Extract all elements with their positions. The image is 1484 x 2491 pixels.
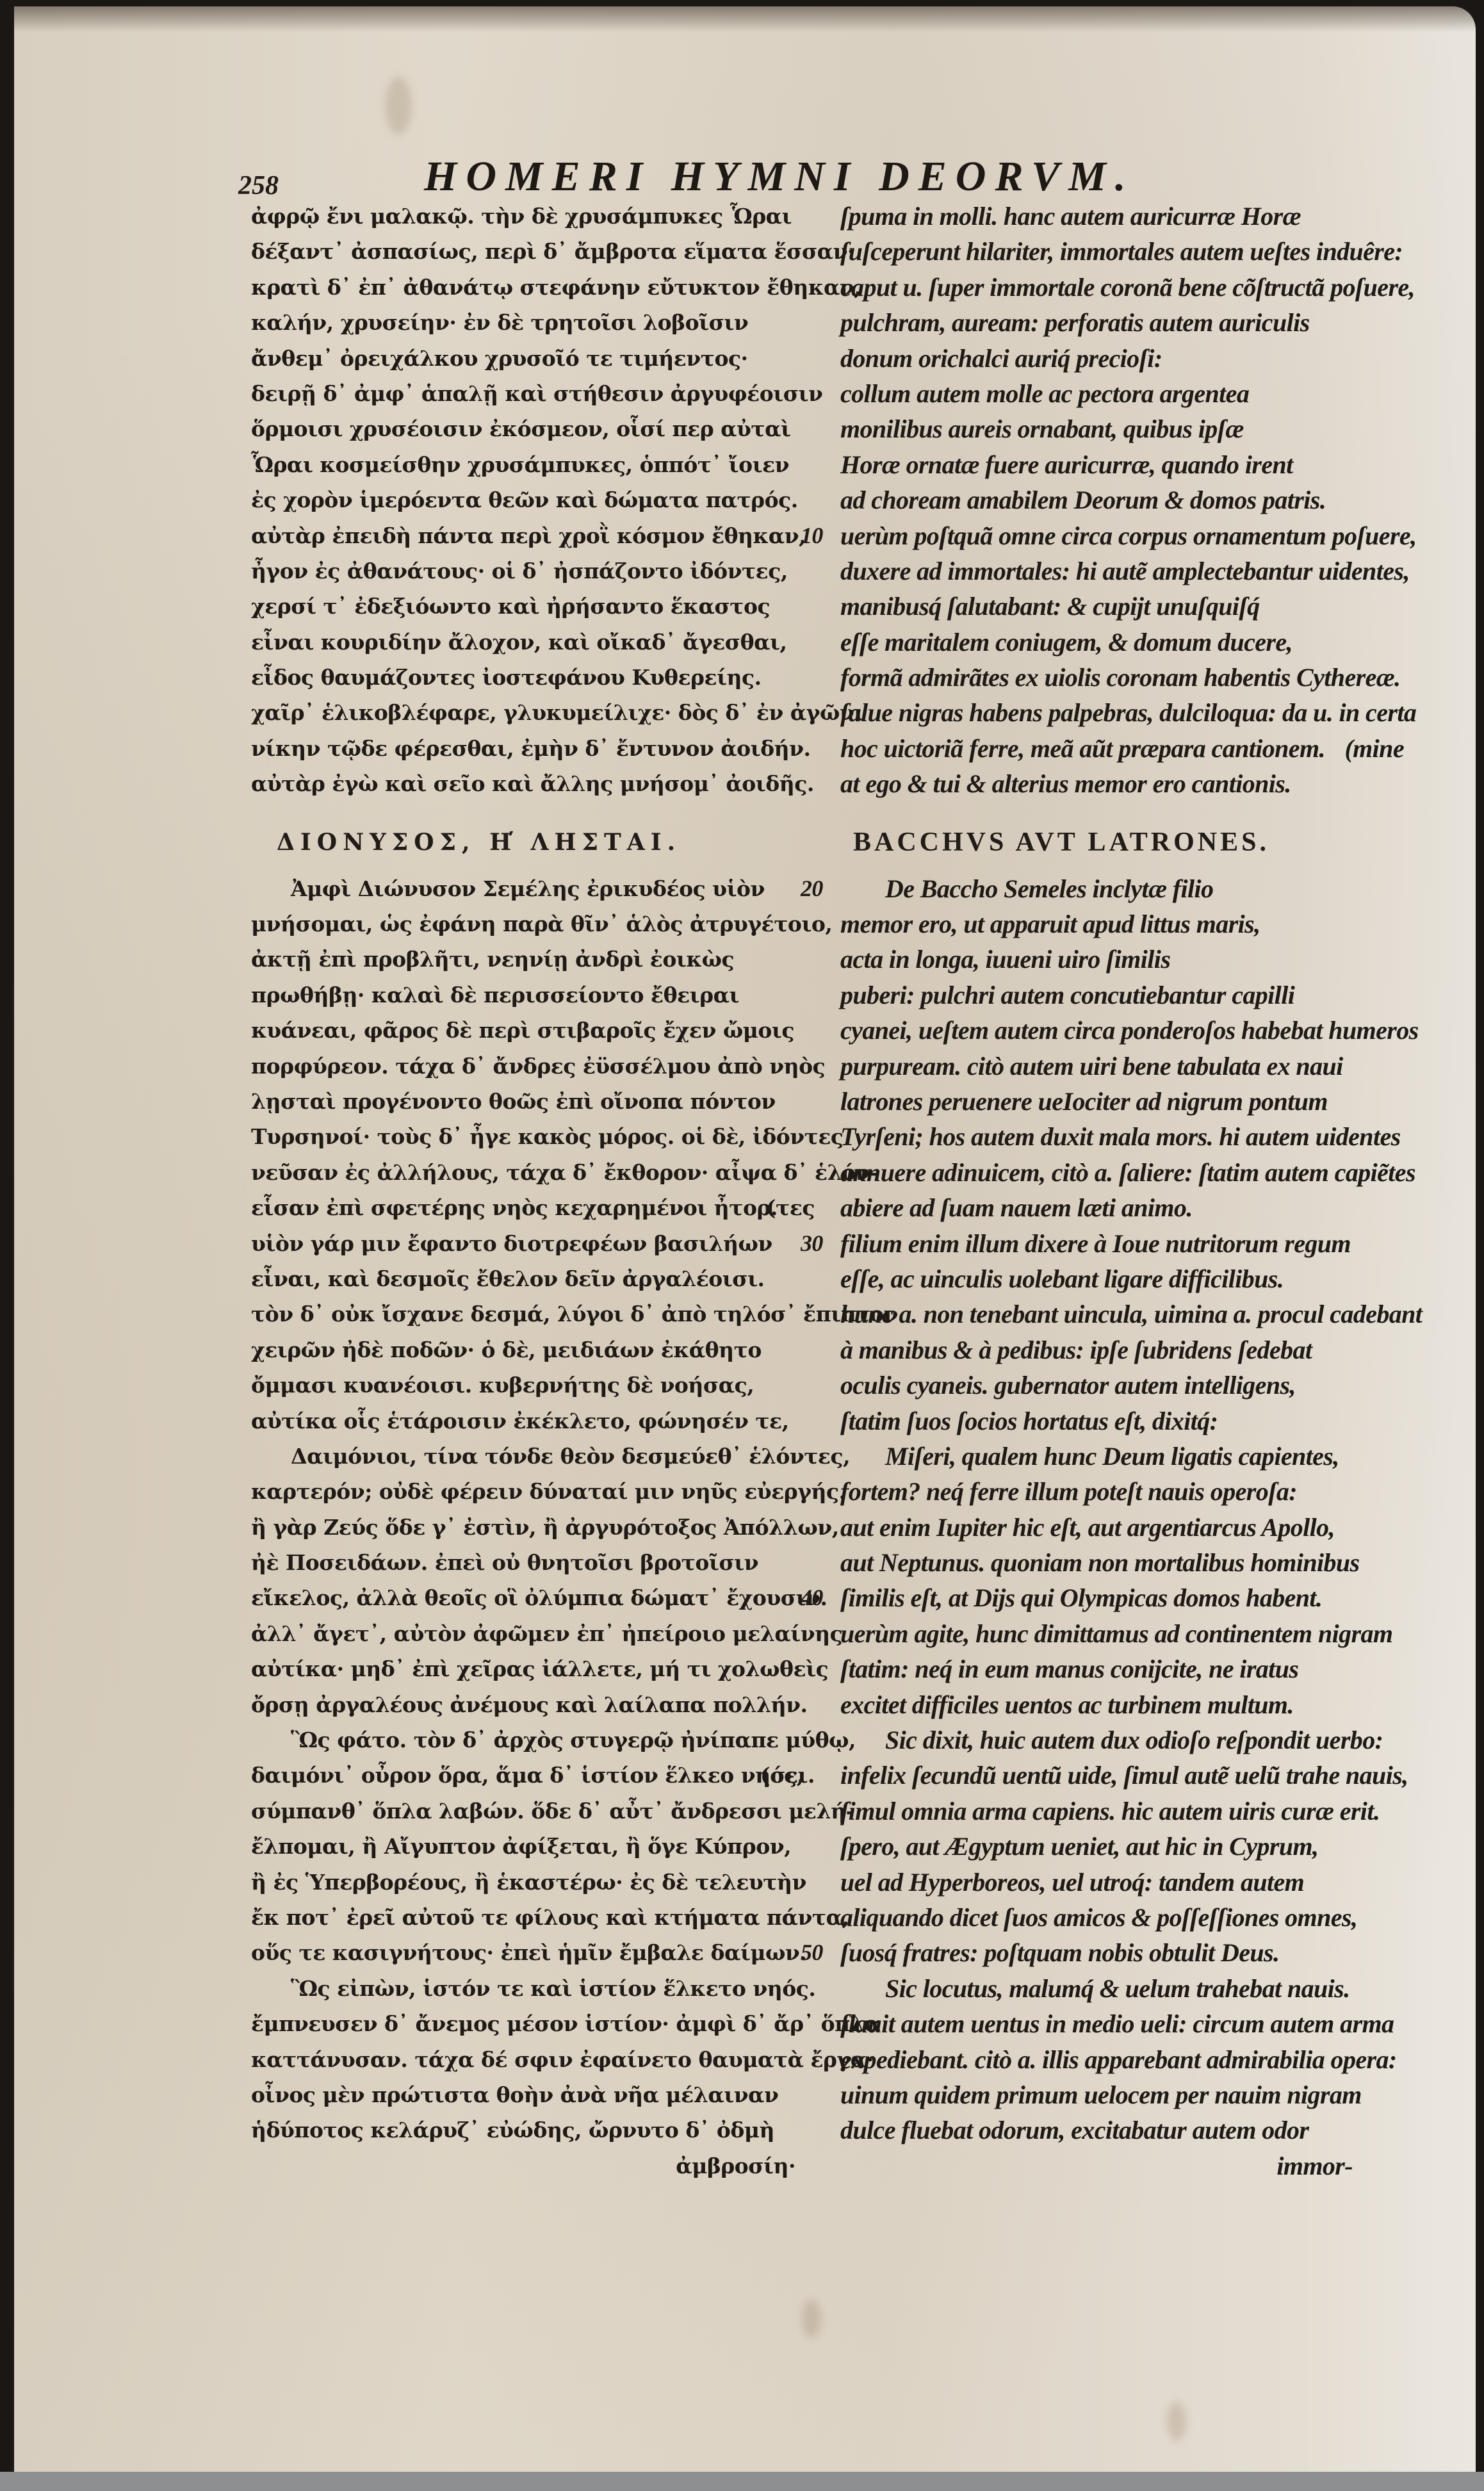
turnover-text: (τες xyxy=(766,1190,815,1225)
line-text: Tyrſeni; hos autem duxit mala mors. hi a… xyxy=(840,1122,1401,1151)
text-line: Τυρσηνοί· τοὺς δ᾽ ἦγε κακὸς μόρος. οἱ δὲ… xyxy=(251,1119,815,1154)
text-line: ἡδύποτος κελάρυζ᾽ εὐώδης, ὤρνυτο δ᾽ ὀδμὴ xyxy=(251,2112,815,2148)
line-text: excitet difficiles uentos ac turbinem mu… xyxy=(840,1690,1294,1719)
text-line: Ἀμφὶ Διώνυσον Σεμέλης ἐρικυδέος υἱὸν xyxy=(251,871,815,906)
line-text: ἢ ἐς Ὑπερβορέους, ἢ ἑκαστέρω· ἐς δὲ τελε… xyxy=(251,1870,806,1895)
line-text: aut enim Iupiter hic eſt, aut argentiarc… xyxy=(840,1513,1335,1542)
text-line: υἱὸν γάρ μιν ἔφαντο διοτρεφέων βασιλήων xyxy=(251,1226,815,1261)
line-text: καρτερόν; οὐδὲ φέρειν δύναταί μιν νηῦς ε… xyxy=(251,1479,846,1504)
text-line: ſpuma in molli. hanc autem auricurræ Hor… xyxy=(840,199,1404,234)
text-line: εἶδος θαυμάζοντες ἰοστεφάνου Κυθερείης. xyxy=(251,660,815,695)
line-text: Sic locutus, malumq́ & uelum trahebat na… xyxy=(885,1974,1350,2003)
line-text: μνήσομαι, ὡς ἐφάνη παρὰ θῖν᾽ ἁλὸς ἀτρυγέ… xyxy=(251,911,832,936)
greek-text-block-dionysus: Ἀμφὶ Διώνυσον Σεμέλης ἐρικυδέος υἱὸνμνήσ… xyxy=(251,871,815,2148)
text-line: νίκην τῷδε φέρεσθαι, ἐμὴν δ᾽ ἔντυνον ἀοι… xyxy=(251,731,815,766)
line-number: 10 xyxy=(801,518,823,553)
line-text: αὐτίκα οἷς ἑτάροισιν ἐκέκλετο, φώνησέν τ… xyxy=(251,1409,789,1433)
text-line: λῃσταὶ προγένοντο θοῶς ἐπὶ οἴνοπα πόντον xyxy=(251,1084,815,1119)
text-line: αὐτίκα· μηδ᾽ ἐπὶ χεῖρας ἰάλλετε, μή τι χ… xyxy=(251,1651,815,1687)
line-text: εἶναι κουριδίην ἄλοχον, καὶ οἴκαδ᾽ ἄγεσθ… xyxy=(251,630,787,655)
text-line: Miſeri, qualem hunc Deum ligatis capient… xyxy=(840,1439,1404,1474)
text-line: donum orichalci auriq́ precioſi: xyxy=(840,341,1404,376)
line-text: aliquando dicet ſuos amicos & poſſeſſion… xyxy=(840,1903,1357,1932)
text-line: ἔλπομαι, ἢ Αἴγυπτον ἀφίξεται, ἢ ὅγε Κύπρ… xyxy=(251,1829,815,1864)
text-line: πορφύρεον. τάχα δ᾽ ἄνδρες ἐϋσσέλμου ἀπὸ … xyxy=(251,1049,815,1084)
line-text: ſtatim: neq́ in eum manus conijcite, ne … xyxy=(840,1654,1298,1683)
text-line: hoc uictoriã ferre, meã aũt præpara cant… xyxy=(840,731,1404,766)
text-line: uel ad Hyperboreos, uel utroq́: tandem a… xyxy=(840,1865,1404,1900)
line-text: acta in longa, iuueni uiro ſimilis xyxy=(840,945,1170,974)
line-text: ſpuma in molli. hanc autem auricurræ Hor… xyxy=(840,202,1301,231)
line-text: Ὣς φάτο. τὸν δ᾽ ἀρχὸς στυγερῷ ἠνίπαπε μύ… xyxy=(291,1727,856,1752)
text-line: δειρῇ δ᾽ ἀμφ᾽ ἁπαλῇ καὶ στήθεσιν ἀργυφέο… xyxy=(251,376,815,411)
line-text: De Baccho Semeles inclytæ filio xyxy=(885,874,1213,903)
text-line: manibusq́ ſalutabant: & cupijt unuſquiſq… xyxy=(840,589,1404,624)
text-line: aut Neptunus. quoniam non mortalibus hom… xyxy=(840,1545,1404,1580)
text-line: expediebant. citò a. illis apparebant ad… xyxy=(840,2042,1404,2077)
text-line: 40ſimilis eſt, at Dijs qui Olympicas dom… xyxy=(840,1580,1404,1615)
text-line: annuere adinuicem, citò a. ſaliere: ſtat… xyxy=(840,1155,1404,1190)
line-text: πρωθήβῃ· καλαὶ δὲ περισσείοντο ἔθειραι xyxy=(251,983,739,1008)
text-line: flauit autem uentus in medio ueli: circu… xyxy=(840,2006,1404,2041)
line-text: latrones peruenere ueIociter ad nigrum p… xyxy=(840,1087,1328,1116)
text-line: χειρῶν ἠδὲ ποδῶν· ὁ δὲ, μειδιάων ἐκάθητο xyxy=(251,1332,815,1368)
text-line: οὕς τε κασιγνήτους· ἐπεὶ ἡμῖν ἔμβαλε δαί… xyxy=(251,1935,815,1970)
line-text: ἀφρῷ ἔνι μαλακῷ. τὴν δὲ χρυσάμπυκες Ὧραι xyxy=(251,204,792,229)
folio-number: 258 xyxy=(238,170,279,201)
line-text: κρατὶ δ᾽ ἐπ᾽ ἀθανάτῳ στεφάνην εὔτυκτον ἔ… xyxy=(251,275,861,300)
text-line: εἴκελος, ἀλλὰ θεοῖς οἳ ὀλύμπια δώματ᾽ ἔχ… xyxy=(251,1580,815,1615)
line-text: ὄμμασι κυανέοισι. κυβερνήτης δὲ νοήσας, xyxy=(251,1373,754,1398)
text-line: αὐτὰρ ἐπειδὴ πάντα περὶ χροῒ κόσμον ἔθηκ… xyxy=(251,518,815,553)
text-line: ἢ γὰρ Ζεύς ὅδε γ᾽ ἐστὶν, ἢ ἀργυρότοξος Ἀ… xyxy=(251,1510,815,1545)
line-text: νεῦσαν ἐς ἀλλήλους, τάχα δ᾽ ἔκθορον· αἶψ… xyxy=(251,1160,878,1185)
line-text: νίκην τῷδε φέρεσθαι, ἐμὴν δ᾽ ἔντυνον ἀοι… xyxy=(251,736,810,761)
text-line: καττάνυσαν. τάχα δέ σφιν ἐφαίνετο θαυματ… xyxy=(251,2042,815,2077)
text-line: Ὧραι κοσμείσθην χρυσάμπυκες, ὁππότ᾽ ἴοιε… xyxy=(251,447,815,482)
line-text: dulce fluebat odorum, excitabatur autem … xyxy=(840,2116,1309,2144)
text-line: εἶναι, καὶ δεσμοῖς ἔθελον δεῖν ἀργαλέοισ… xyxy=(251,1261,815,1296)
line-text: Miſeri, qualem hunc Deum ligatis capient… xyxy=(885,1442,1339,1471)
line-text: expediebant. citò a. illis apparebant ad… xyxy=(840,2045,1397,2074)
line-number: 50 xyxy=(801,1935,823,1970)
latin-catchword: immor- xyxy=(840,2148,1404,2184)
text-line: puberi: pulchri autem concutiebantur cap… xyxy=(840,977,1404,1013)
text-line: caput u. ſuper immortale coronã bene cõſ… xyxy=(840,270,1404,305)
text-line: 50ſuosq́ fratres: poſtquam nobis obtulit… xyxy=(840,1935,1404,1970)
line-text: εἶδος θαυμάζοντες ἰοστεφάνου Κυθερείης. xyxy=(251,665,762,690)
text-line: formã admirãtes ex uiolis coronam habent… xyxy=(840,660,1404,695)
text-line: uinum quidem primum uelocem per nauim ni… xyxy=(840,2077,1404,2112)
line-text: eſſe, ac uinculis uolebant ligare diffic… xyxy=(840,1264,1284,1293)
text-line: Tyrſeni; hos autem duxit mala mors. hi a… xyxy=(840,1119,1404,1154)
text-line: ἐς χορὸν ἱμερόεντα θεῶν καὶ δώματα πατρό… xyxy=(251,482,815,518)
text-line: purpuream. citò autem uiri bene tabulata… xyxy=(840,1049,1404,1084)
text-line: ἀλλ᾽ ἄγετ᾽, αὐτὸν ἀφῶμεν ἐπ᾽ ἠπείροιο με… xyxy=(251,1616,815,1651)
line-text: ἔμπνευσεν δ᾽ ἄνεμος μέσον ἱστίον· ἀμφὶ δ… xyxy=(251,2011,880,2036)
text-line: χερσί τ᾽ ἐδεξιόωντο καὶ ἠρήσαντο ἕκαστος xyxy=(251,589,815,624)
text-line: ἔμπνευσεν δ᾽ ἄνεμος μέσον ἱστίον· ἀμφὶ δ… xyxy=(251,2006,815,2041)
text-line: καλήν, χρυσείην· ἐν δὲ τρητοῖσι λοβοῖσιν xyxy=(251,305,815,340)
text-line: αὐτίκα οἷς ἑτάροισιν ἐκέκλετο, φώνησέν τ… xyxy=(251,1403,815,1439)
text-line: infelix ſecundũ uentũ uide, ſimul autẽ u… xyxy=(840,1758,1404,1793)
line-text: οἶνος μὲν πρώτιστα θοὴν ἀνὰ νῆα μέλαιναν xyxy=(251,2082,778,2107)
line-text: δέξαντ᾽ ἀσπασίως, περὶ δ᾽ ἄμβροτα εἵματα… xyxy=(251,239,854,264)
line-text: πορφύρεον. τάχα δ᾽ ἄνδρες ἐϋσσέλμου ἀπὸ … xyxy=(251,1054,825,1079)
text-line: ἄνθεμ᾽ ὀρειχάλκου χρυσοῖό τε τιμήεντος· xyxy=(251,341,815,376)
text-line: ἀκτῇ ἐπὶ προβλῆτι, νεηνίῃ ἀνδρὶ ἐοικὼς xyxy=(251,942,815,977)
line-text: ἀκτῇ ἐπὶ προβλῆτι, νεηνίῃ ἀνδρὶ ἐοικὼς xyxy=(251,947,734,972)
line-text: à manibus & à pedibus: ipſe ſubridens ſe… xyxy=(840,1335,1312,1364)
line-text: χειρῶν ἠδὲ ποδῶν· ὁ δὲ, μειδιάων ἐκάθητο xyxy=(251,1337,762,1362)
text-line: aut enim Iupiter hic eſt, aut argentiarc… xyxy=(840,1510,1404,1545)
line-text: puberi: pulchri autem concutiebantur cap… xyxy=(840,981,1294,1009)
line-text: collum autem molle ac pectora argentea xyxy=(840,379,1249,408)
line-text: χερσί τ᾽ ἐδεξιόωντο καὶ ἠρήσαντο ἕκαστος xyxy=(251,594,770,619)
line-text: αὐτὰρ ἐγὼ καὶ σεῖο καὶ ἄλλης μνήσομ᾽ ἀοι… xyxy=(251,771,814,796)
line-number: 30 xyxy=(801,1226,823,1261)
text-line: eſſe, ac uinculis uolebant ligare diffic… xyxy=(840,1261,1404,1296)
text-line: εἷσαν ἐπὶ σφετέρης νηὸς κεχαρημένοι ἦτορ… xyxy=(251,1190,815,1225)
line-text: εἶναι, καὶ δεσμοῖς ἔθελον δεῖν ἀργαλέοισ… xyxy=(251,1266,765,1291)
line-text: oculis cyaneis. gubernator autem intelli… xyxy=(840,1371,1296,1400)
greek-section-title: ΔΙΟΝΥΣΟΣ, Η̕ ΛΗΣΤΑΙ. xyxy=(251,813,815,871)
line-text: donum orichalci auriq́ precioſi: xyxy=(840,344,1162,373)
text-line: δέξαντ᾽ ἀσπασίως, περὶ δ᾽ ἄμβροτα εἵματα… xyxy=(251,234,815,269)
text-line: Horæ ornatæ fuere auricurræ, quando iren… xyxy=(840,447,1404,482)
text-line: 20De Baccho Semeles inclytæ filio xyxy=(840,871,1404,906)
line-text: Ὣς εἰπὼν, ἱστόν τε καὶ ἱστίον ἕλκετο νηό… xyxy=(291,1976,815,2001)
line-text: αὐτίκα· μηδ᾽ ἐπὶ χεῖρας ἰάλλετε, μή τι χ… xyxy=(251,1656,828,1681)
text-line: Sic dixit, huic autem dux odioſo reſpond… xyxy=(840,1722,1404,1758)
line-text: δαιμόνι᾽ οὖρον ὅρα, ἅμα δ᾽ ἱστίον ἕλκεο … xyxy=(251,1763,804,1788)
line-text: υἱὸν γάρ μιν ἔφαντο διοτρεφέων βασιλήων xyxy=(251,1231,772,1256)
text-line: ſuſceperunt hilariter, immortales autem … xyxy=(840,234,1404,269)
line-text: fortem? neq́ ferre illum poteſt nauis op… xyxy=(840,1477,1297,1506)
line-text: uerùm poſtquã omne circa corpus ornament… xyxy=(840,521,1416,550)
line-text: Δαιμόνιοι, τίνα τόνδε θεὸν δεσμεύεθ᾽ ἑλό… xyxy=(291,1444,850,1469)
text-line: duxere ad immortales: hi autẽ amplecteba… xyxy=(840,553,1404,589)
line-text: formã admirãtes ex uiolis coronam habent… xyxy=(840,663,1400,692)
line-text: manibusq́ ſalutabant: & cupijt unuſquiſq… xyxy=(840,592,1260,621)
line-text: εἷσαν ἐπὶ σφετέρης νηὸς κεχαρημένοι ἦτορ… xyxy=(251,1195,778,1220)
line-text: ἢ γὰρ Ζεύς ὅδε γ᾽ ἐστὶν, ἢ ἀργυρότοξος Ἀ… xyxy=(251,1515,839,1540)
line-number: 20 xyxy=(801,871,823,906)
line-text: ἐς χορὸν ἱμερόεντα θεῶν καὶ δώματα πατρό… xyxy=(251,487,798,512)
background-surface xyxy=(0,2472,1484,2491)
line-text: eſſe maritalem coniugem, & domum ducere, xyxy=(840,628,1292,657)
line-text: ἠὲ Ποσειδάων. ἐπεὶ οὐ θνητοῖσι βροτοῖσιν xyxy=(251,1550,758,1575)
line-text: hoc uictoriã ferre, meã aũt præpara cant… xyxy=(840,734,1325,763)
text-line: latrones peruenere ueIociter ad nigrum p… xyxy=(840,1084,1404,1119)
latin-section-title: BACCHVS AVT LATRONES. xyxy=(840,813,1404,871)
text-line: ἠὲ Ποσειδάων. ἐπεὶ οὐ θνητοῖσι βροτοῖσιν xyxy=(251,1545,815,1580)
text-line: 30filium enim illum dixere à Ioue nutrit… xyxy=(840,1226,1404,1261)
text-line: εἶναι κουριδίην ἄλοχον, καὶ οἴκαδ᾽ ἄγεσθ… xyxy=(251,625,815,660)
line-text: ἦγον ἐς ἀθανάτους· οἱ δ᾽ ἠσπάζοντο ἰδόντ… xyxy=(251,559,788,584)
line-text: σύμπανθ᾽ ὅπλα λαβών. ὅδε δ᾽ αὖτ᾽ ἄνδρεσσ… xyxy=(251,1799,854,1824)
line-text: pulchram, auream: perforatis autem auric… xyxy=(840,308,1310,337)
line-text: duxere ad immortales: hi autẽ amplecteba… xyxy=(840,557,1410,585)
greek-column: ἀφρῷ ἔνι μαλακῷ. τὴν δὲ χρυσάμπυκες Ὧραι… xyxy=(251,199,815,2184)
line-text: καττάνυσαν. τάχα δέ σφιν ἐφαίνετο θαυματ… xyxy=(251,2047,874,2072)
latin-text-block-aphrodite: ſpuma in molli. hanc autem auricurræ Hor… xyxy=(840,199,1404,802)
line-text: τὸν δ᾽ οὐκ ἴσχανε δεσμά, λύγοι δ᾽ ἀπὸ τη… xyxy=(251,1302,898,1327)
line-text: ἡδύποτος κελάρυζ᾽ εὐώδης, ὤρνυτο δ᾽ ὀδμὴ xyxy=(251,2118,774,2143)
line-text: Τυρσηνοί· τοὺς δ᾽ ἦγε κακὸς μόρος. οἱ δὲ… xyxy=(251,1124,844,1149)
text-line: cyanei, ueſtem autem circa ponderoſos ha… xyxy=(840,1013,1404,1048)
line-text: λῃσταὶ προγένοντο θοῶς ἐπὶ οἴνοπα πόντον xyxy=(251,1089,776,1114)
line-text: monilibus aureis ornabant, quibus ipſæ xyxy=(840,414,1244,443)
line-text: ſuosq́ fratres: poſtquam nobis obtulit D… xyxy=(840,1938,1279,1967)
line-text: εἴκελος, ἀλλὰ θεοῖς οἳ ὀλύμπια δώματ᾽ ἔχ… xyxy=(251,1585,827,1610)
line-text: ὅρμοισι χρυσέοισιν ἐκόσμεον, οἷσί περ αὐ… xyxy=(251,416,791,441)
line-text: uerùm agite, hunc dimittamus ad continen… xyxy=(840,1619,1392,1648)
line-text: Ἀμφὶ Διώνυσον Σεμέλης ἐρικυδέος υἱὸν xyxy=(291,876,765,901)
text-line: at ego & tui & alterius memor ero cantio… xyxy=(840,766,1404,801)
line-text: at ego & tui & alterius memor ero cantio… xyxy=(840,769,1291,798)
text-line: ἦγον ἐς ἀθανάτους· οἱ δ᾽ ἠσπάζοντο ἰδόντ… xyxy=(251,553,815,589)
line-text: ὄρσῃ ἀργαλέους ἀνέμους καὶ λαίλαπα πολλή… xyxy=(251,1692,807,1717)
line-text: hunc a. non tenebant uincula, uimina a. … xyxy=(840,1300,1422,1328)
line-text: ſimul omnia arma capiens. hic autem uiri… xyxy=(840,1797,1380,1825)
text-line: κυάνεαι, φᾶρος δὲ περὶ στιβαροῖς ἔχεν ὤμ… xyxy=(251,1013,815,1048)
text-line: ad choream amabilem Deorum & domos patri… xyxy=(840,482,1404,518)
text-line: κρατὶ δ᾽ ἐπ᾽ ἀθανάτῳ στεφάνην εὔτυκτον ἔ… xyxy=(251,270,815,305)
text-line: ὄμμασι κυανέοισι. κυβερνήτης δὲ νοήσας, xyxy=(251,1368,815,1403)
turnover-text: (σει. xyxy=(760,1758,815,1793)
latin-column: ſpuma in molli. hanc autem auricurræ Hor… xyxy=(840,199,1404,2184)
paper-stain xyxy=(1167,2402,1186,2440)
text-line: aliquando dicet ſuos amicos & poſſeſſion… xyxy=(840,1900,1404,1935)
text-line: ἀφρῷ ἔνι μαλακῷ. τὴν δὲ χρυσάμπυκες Ὧραι xyxy=(251,199,815,234)
text-line: ὄρσῃ ἀργαλέους ἀνέμους καὶ λαίλαπα πολλή… xyxy=(251,1687,815,1722)
text-line: memor ero, ut apparuit apud littus maris… xyxy=(840,906,1404,942)
line-text: flauit autem uentus in medio ueli: circu… xyxy=(840,2009,1394,2038)
text-line: Δαιμόνιοι, τίνα τόνδε θεὸν δεσμεύεθ᾽ ἑλό… xyxy=(251,1439,815,1474)
text-line: δαιμόνι᾽ οὖρον ὅρα, ἅμα δ᾽ ἱστίον ἕλκεο … xyxy=(251,1758,815,1793)
text-line: acta in longa, iuueni uiro ſimilis xyxy=(840,942,1404,977)
text-line: ſtatim: neq́ in eum manus conijcite, ne … xyxy=(840,1651,1404,1687)
paper-stain xyxy=(802,2299,821,2338)
text-line: oculis cyaneis. gubernator autem intelli… xyxy=(840,1368,1404,1403)
line-text: δειρῇ δ᾽ ἀμφ᾽ ἁπαλῇ καὶ στήθεσιν ἀργυφέο… xyxy=(251,381,822,406)
line-text: abiere ad ſuam nauem læti animo. xyxy=(840,1193,1193,1222)
paper-stain xyxy=(386,77,411,135)
text-line: fortem? neq́ ferre illum poteſt nauis op… xyxy=(840,1474,1404,1509)
line-text: caput u. ſuper immortale coronã bene cõſ… xyxy=(840,273,1415,302)
text-line: 10uerùm poſtquã omne circa corpus orname… xyxy=(840,518,1404,553)
line-text: purpuream. citò autem uiri bene tabulata… xyxy=(840,1052,1343,1081)
text-line: ἢ ἐς Ὑπερβορέους, ἢ ἑκαστέρω· ἐς δὲ τελε… xyxy=(251,1865,815,1900)
line-text: cyanei, ueſtem autem circa ponderoſos ha… xyxy=(840,1016,1419,1045)
book-page: 258 HOMERI HYMNI DEORVM. ἀφρῷ ἔνι μαλακῷ… xyxy=(14,6,1476,2472)
greek-catchword: ἀμβροσίη· xyxy=(251,2148,815,2184)
text-line: ſalue nigras habens palpebras, dulciloqu… xyxy=(840,695,1404,730)
text-line: πρωθήβῃ· καλαὶ δὲ περισσείοντο ἔθειραι xyxy=(251,977,815,1013)
line-text: αὐτὰρ ἐπειδὴ πάντα περὶ χροῒ κόσμον ἔθηκ… xyxy=(251,523,806,548)
line-text: ad choream amabilem Deorum & domos patri… xyxy=(840,486,1326,514)
latin-text-block-bacchus: 20De Baccho Semeles inclytæ filiomemor e… xyxy=(840,871,1404,2148)
text-line: χαῖρ᾽ ἑλικοβλέφαρε, γλυκυμείλιχε· δὸς δ᾽… xyxy=(251,695,815,730)
text-line: αὐτὰρ ἐγὼ καὶ σεῖο καὶ ἄλλης μνήσομ᾽ ἀοι… xyxy=(251,766,815,801)
line-text: ἔκ ποτ᾽ ἐρεῖ αὐτοῦ τε φίλους καὶ κτήματα… xyxy=(251,1905,849,1930)
text-line: hunc a. non tenebant uincula, uimina a. … xyxy=(840,1296,1404,1332)
line-text: ſtatim ſuos ſocios hortatus eſt, dixitq́… xyxy=(840,1407,1218,1435)
line-text: κυάνεαι, φᾶρος δὲ περὶ στιβαροῖς ἔχεν ὤμ… xyxy=(251,1018,794,1043)
text-line: ſpero, aut Ægyptum ueniet, aut hic in Cy… xyxy=(840,1829,1404,1864)
text-line: monilibus aureis ornabant, quibus ipſæ xyxy=(840,411,1404,446)
line-text: memor ero, ut apparuit apud littus maris… xyxy=(840,910,1260,938)
line-text: οὕς τε κασιγνήτους· ἐπεὶ ἡμῖν ἔμβαλε δαί… xyxy=(251,1940,806,1965)
text-line: Sic locutus, malumq́ & uelum trahebat na… xyxy=(840,1971,1404,2006)
text-line: dulce fluebat odorum, excitabatur autem … xyxy=(840,2112,1404,2148)
line-text: ἀλλ᾽ ἄγετ᾽, αὐτὸν ἀφῶμεν ἐπ᾽ ἠπείροιο με… xyxy=(251,1621,842,1646)
line-text: ſalue nigras habens palpebras, dulciloqu… xyxy=(840,698,1416,727)
text-line: νεῦσαν ἐς ἀλλήλους, τάχα δ᾽ ἔκθορον· αἶψ… xyxy=(251,1155,815,1190)
text-line: abiere ad ſuam nauem læti animo. xyxy=(840,1190,1404,1225)
text-line: τὸν δ᾽ οὐκ ἴσχανε δεσμά, λύγοι δ᾽ ἀπὸ τη… xyxy=(251,1296,815,1332)
text-line: à manibus & à pedibus: ipſe ſubridens ſe… xyxy=(840,1332,1404,1368)
greek-text-block-aphrodite: ἀφρῷ ἔνι μαλακῷ. τὴν δὲ χρυσάμπυκες Ὧραι… xyxy=(251,199,815,802)
line-text: χαῖρ᾽ ἑλικοβλέφαρε, γλυκυμείλιχε· δὸς δ᾽… xyxy=(251,700,864,725)
line-text: καλήν, χρυσείην· ἐν δὲ τρητοῖσι λοβοῖσιν xyxy=(251,310,748,335)
line-text: Sic dixit, huic autem dux odioſo reſpond… xyxy=(885,1726,1383,1754)
line-text: uinum quidem primum uelocem per nauim ni… xyxy=(840,2080,1362,2109)
line-text: aut Neptunus. quoniam non mortalibus hom… xyxy=(840,1548,1360,1577)
text-line: excitet difficiles uentos ac turbinem mu… xyxy=(840,1687,1404,1722)
line-text: infelix ſecundũ uentũ uide, ſimul autẽ u… xyxy=(840,1761,1408,1790)
line-text: ſpero, aut Ægyptum ueniet, aut hic in Cy… xyxy=(840,1832,1318,1861)
text-line: σύμπανθ᾽ ὅπλα λαβών. ὅδε δ᾽ αὖτ᾽ ἄνδρεσσ… xyxy=(251,1793,815,1829)
line-text: ſimilis eſt, at Dijs qui Olympicas domos… xyxy=(840,1583,1322,1612)
text-line: ſtatim ſuos ſocios hortatus eſt, dixitq́… xyxy=(840,1403,1404,1439)
line-number: 40 xyxy=(801,1580,823,1615)
text-line: ὅρμοισι χρυσέοισιν ἐκόσμεον, οἷσί περ αὐ… xyxy=(251,411,815,446)
text-line: ſimul omnia arma capiens. hic autem uiri… xyxy=(840,1793,1404,1829)
text-line: eſſe maritalem coniugem, & domum ducere, xyxy=(840,625,1404,660)
text-line: pulchram, auream: perforatis autem auric… xyxy=(840,305,1404,340)
page-top-edge-shadow xyxy=(14,6,1476,32)
text-line: μνήσομαι, ὡς ἐφάνη παρὰ θῖν᾽ ἁλὸς ἀτρυγέ… xyxy=(251,906,815,942)
line-text: filium enim illum dixere à Ioue nutritor… xyxy=(840,1229,1351,1258)
running-head-title: HOMERI HYMNI DEORVM. xyxy=(424,152,1134,201)
line-text: annuere adinuicem, citò a. ſaliere: ſtat… xyxy=(840,1158,1415,1187)
line-text: ἄνθεμ᾽ ὀρειχάλκου χρυσοῖό τε τιμήεντος· xyxy=(251,346,748,371)
line-text: ſuſceperunt hilariter, immortales autem … xyxy=(840,237,1403,266)
text-line: uerùm agite, hunc dimittamus ad continen… xyxy=(840,1616,1404,1651)
text-line: collum autem molle ac pectora argentea xyxy=(840,376,1404,411)
line-text: uel ad Hyperboreos, uel utroq́: tandem a… xyxy=(840,1868,1304,1897)
turnover-text: (mine xyxy=(1344,731,1404,766)
text-line: Ὣς εἰπὼν, ἱστόν τε καὶ ἱστίον ἕλκετο νηό… xyxy=(251,1971,815,2006)
line-text: Ὧραι κοσμείσθην χρυσάμπυκες, ὁππότ᾽ ἴοιε… xyxy=(251,452,789,477)
text-line: Ὣς φάτο. τὸν δ᾽ ἀρχὸς στυγερῷ ἠνίπαπε μύ… xyxy=(251,1722,815,1758)
line-text: ἔλπομαι, ἢ Αἴγυπτον ἀφίξεται, ἢ ὅγε Κύπρ… xyxy=(251,1834,791,1859)
text-line: καρτερόν; οὐδὲ φέρειν δύναταί μιν νηῦς ε… xyxy=(251,1474,815,1509)
line-text: Horæ ornatæ fuere auricurræ, quando iren… xyxy=(840,450,1293,479)
text-line: οἶνος μὲν πρώτιστα θοὴν ἀνὰ νῆα μέλαιναν xyxy=(251,2077,815,2112)
text-line: ἔκ ποτ᾽ ἐρεῖ αὐτοῦ τε φίλους καὶ κτήματα… xyxy=(251,1900,815,1935)
